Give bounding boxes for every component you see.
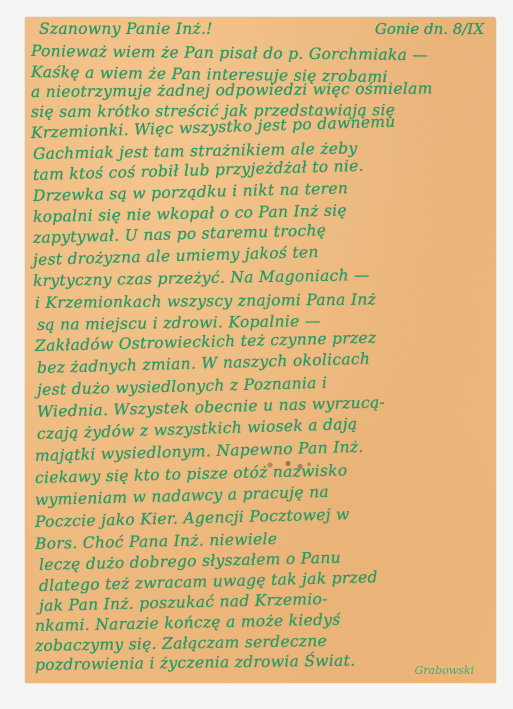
text-line: a nieotrzymuje żadnej odpowiedzi więc oś…: [31, 79, 433, 101]
signature: Grabowski: [414, 664, 474, 677]
text-line: pozdrowienia i życzenia zdrowia Świat.: [35, 652, 356, 674]
text-line: i Krzemionkach wszyscy znajomi Pana Inż: [35, 290, 376, 312]
text-line: wymieniam w nadawcy a pracuję na: [35, 483, 329, 509]
scan-background: Szanowny Panie Inż.! Gonie dn. 8/IX Poni…: [0, 0, 513, 709]
text-line: Bors. Choć Pana Inż. niewiele: [35, 530, 278, 553]
text-line: Poczcie jako Kier. Agencji Pocztowej w: [35, 505, 350, 531]
postcard: Szanowny Panie Inż.! Gonie dn. 8/IX Poni…: [25, 17, 496, 683]
text-line: bez żadnych zmian. W naszych okolicach: [37, 350, 371, 377]
text-line: nkami. Narazie kończę a może kiedyś: [35, 611, 341, 635]
salutation: Szanowny Panie Inż.!: [39, 20, 213, 38]
text-line: majątki wysiedlonym. Napewno Pan Inż.: [35, 438, 364, 465]
text-line: krytyczny czas przeżyć. Na Magoniach —: [33, 266, 370, 290]
text-line: Drzewka są w porządku i nikt na teren: [33, 179, 349, 205]
date: Gonie dn. 8/IX: [375, 20, 484, 38]
text-line: Ponieważ wiem że Pan pisał do p. Gorchmi…: [31, 42, 428, 64]
text-line: jest drożyzna ale umiemy jakoś ten: [33, 243, 319, 269]
